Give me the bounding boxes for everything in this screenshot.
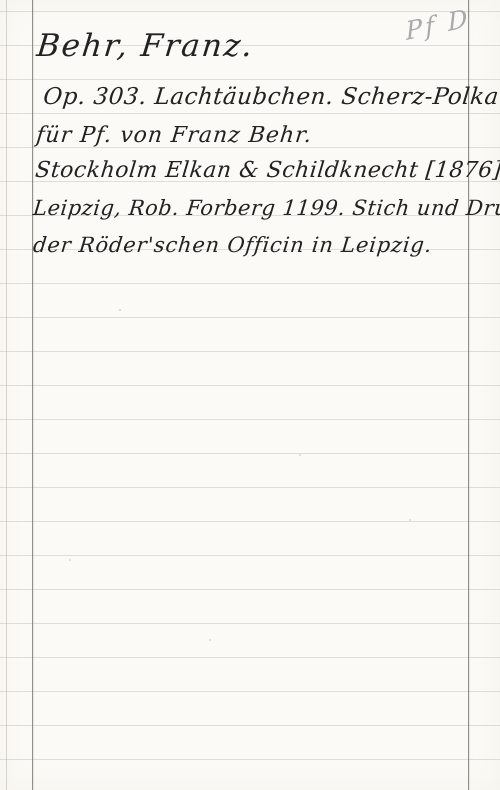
printer-line: der Röder'schen Officin in Leipzig. [32,233,433,257]
publisher-stockholm-line: Stockholm Elkan & Schildknecht [1876] [34,158,500,183]
right-margin-line [468,0,469,790]
publisher-leipzig-line: Leipzig, Rob. Forberg 1199. Stich und Dr… [32,196,500,220]
instrumentation-line: für Pf. von Franz Behr. [35,123,314,148]
catalog-card: Pf D Behr, Franz. Op. 303. Lachtäubchen.… [0,0,500,790]
left-margin-line [32,0,33,790]
composer-heading: Behr, Franz. [35,28,256,64]
left-edge-line [6,0,7,790]
pencil-shelfmark-annotation: Pf D [405,3,472,46]
paper-speckles [0,0,500,790]
work-title-line: Op. 303. Lachtäubchen. Scherz-Polka. [42,84,500,110]
